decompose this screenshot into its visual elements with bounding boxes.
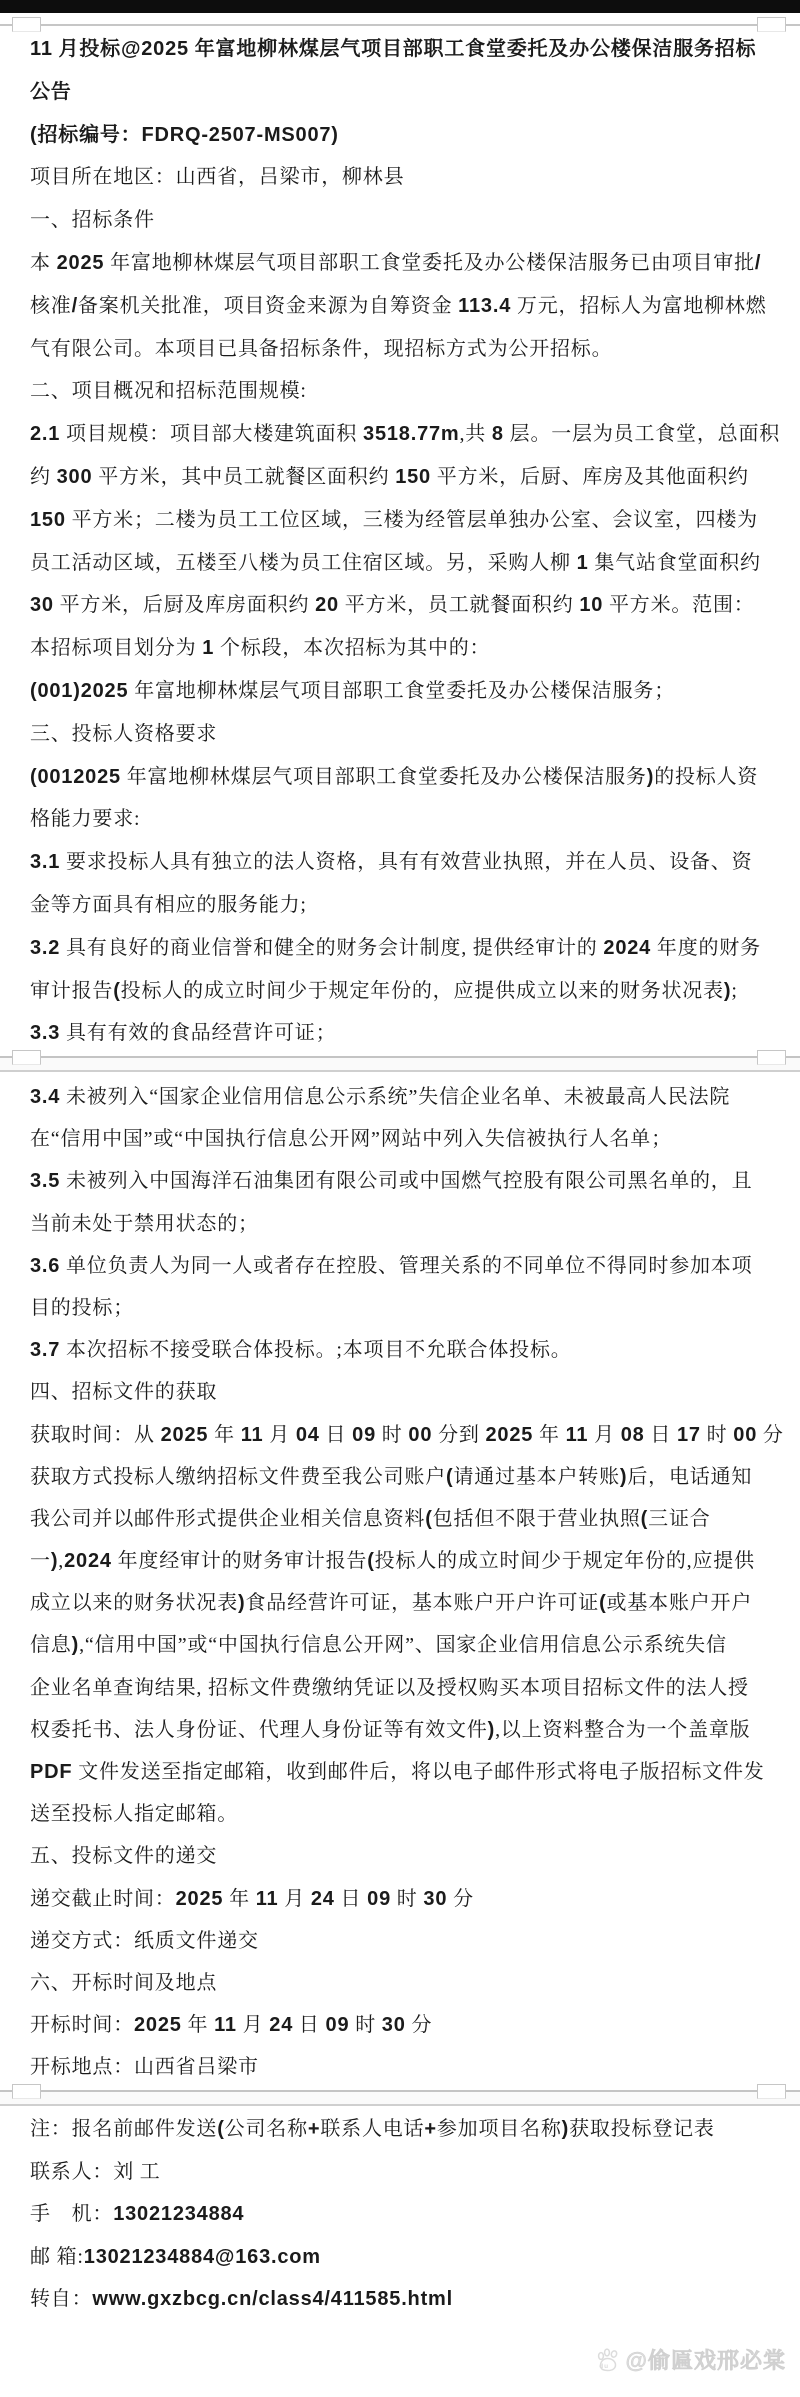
text-line: 3.2 具有良好的商业信誉和健全的财务会计制度, 提供经审计的 2024 年度的… <box>30 927 784 970</box>
text-line: 本招标项目划分为 1 个标段，本次招标为其中的： <box>30 627 784 670</box>
text-line: 审计报告(投标人的成立时间少于规定年份的，应提供成立以来的财务状况表); <box>30 970 784 1013</box>
text-line: 信息),“信用中国”或“中国执行信息公开网”、国家企业信用信息公示系统失信 <box>30 1624 784 1666</box>
page-corner-mark <box>12 2084 41 2099</box>
document-page-3: 注：报名前邮件发送(公司名称+联系人电话+参加项目名称)获取投标登记表联系人：刘… <box>0 2108 800 2321</box>
text-line: 3.5 未被列入中国海洋石油集团有限公司或中国燃气控股有限公司黑名单的，且 <box>30 1160 784 1202</box>
baidu-paw-icon: du <box>595 2347 621 2373</box>
text-line: 开标时间：2025 年 11 月 24 日 09 时 30 分 <box>30 2004 784 2046</box>
page-break <box>0 1056 800 1072</box>
text-line: 3.4 未被列入“国家企业信用信息公示系统”失信企业名单、未被最高人民法院 <box>30 1076 784 1118</box>
text-line: 当前未处于禁用状态的； <box>30 1203 784 1245</box>
text-line: 3.7 本次招标不接受联合体投标。;本项目不允联合体投标。 <box>30 1329 784 1371</box>
text-line: 六、开标时间及地点 <box>30 1962 784 2004</box>
page-top-edge-line <box>0 24 800 26</box>
text-line: 员工活动区域，五楼至八楼为员工住宿区域。另，采购人柳 1 集气站食堂面积约 <box>30 542 784 585</box>
text-line: 约 300 平方米，其中员工就餐区面积约 150 平方米，后厨、库房及其他面积约 <box>30 456 784 499</box>
text-line: 格能力要求: <box>30 798 784 841</box>
text-line: 项目所在地区：山西省，吕梁市，柳林县 <box>30 156 784 199</box>
text-line: 一、招标条件 <box>30 199 784 242</box>
document-page-1: 11 月投标@2025 年富地柳林煤层气项目部职工食堂委托及办公楼保洁服务招标公… <box>0 28 800 1055</box>
text-line: 一),2024 年度经审计的财务审计报告(投标人的成立时间少于规定年份的,应提供 <box>30 1540 784 1582</box>
text-line: PDF 文件发送至指定邮箱，收到邮件后，将以电子邮件形式将电子版招标文件发 <box>30 1751 784 1793</box>
text-line: 注：报名前邮件发送(公司名称+联系人电话+参加项目名称)获取投标登记表 <box>30 2108 784 2151</box>
text-line: 30 平方米，后厨及库房面积约 20 平方米，员工就餐面积约 10 平方米。范围… <box>30 584 784 627</box>
text-line: 五、投标文件的递交 <box>30 1835 784 1877</box>
text-line: (001)2025 年富地柳林煤层气项目部职工食堂委托及办公楼保洁服务； <box>30 670 784 713</box>
text-line: 3.6 单位负责人为同一人或者存在控股、管理关系的不同单位不得同时参加本项 <box>30 1245 784 1287</box>
page-corner-mark <box>757 2084 786 2099</box>
text-line: 转自：www.gxzbcg.cn/class4/411585.html <box>30 2278 784 2321</box>
text-line: 公告 <box>30 71 784 114</box>
text-line: 二、项目概况和招标范围规模: <box>30 370 784 413</box>
text-line: 150 平方米；二楼为员工工位区域，三楼为经管层单独办公室、会议室，四楼为 <box>30 499 784 542</box>
watermark-text: @偷匾戏邢必棠 <box>626 2344 786 2375</box>
text-line: 联系人：刘 工 <box>30 2151 784 2194</box>
text-line: 在“信用中国”或“中国执行信息公开网”网站中列入失信被执行人名单； <box>30 1118 784 1160</box>
watermark: du @偷匾戏邢必棠 <box>595 2344 786 2375</box>
text-line: 本 2025 年富地柳林煤层气项目部职工食堂委托及办公楼保洁服务已由项目审批/ <box>30 242 784 285</box>
page-corner-mark <box>757 1050 786 1065</box>
text-line: 核准/备案机关批准，项目资金来源为自筹资金 113.4 万元，招标人为富地柳林燃 <box>30 285 784 328</box>
text-line: (招标编号：FDRQ-2507-MS007) <box>30 114 784 157</box>
text-line: (0012025 年富地柳林煤层气项目部职工食堂委托及办公楼保洁服务)的投标人资 <box>30 756 784 799</box>
text-line: 四、招标文件的获取 <box>30 1371 784 1413</box>
screen-top-bar <box>0 0 800 13</box>
text-line: 11 月投标@2025 年富地柳林煤层气项目部职工食堂委托及办公楼保洁服务招标 <box>30 28 784 71</box>
text-line: 企业名单查询结果, 招标文件费缴纳凭证以及授权购买本项目招标文件的法人授 <box>30 1667 784 1709</box>
text-line: 2.1 项目规模：项目部大楼建筑面积 3518.77m,共 8 层。一层为员工食… <box>30 413 784 456</box>
text-line: 获取方式投标人缴纳招标文件费至我公司账户(请通过基本户转账)后，电话通知 <box>30 1456 784 1498</box>
text-line: 我公司并以邮件形式提供企业相关信息资料(包括但不限于营业执照(三证合 <box>30 1498 784 1540</box>
text-line: 获取时间：从 2025 年 11 月 04 日 09 时 00 分到 2025 … <box>30 1414 784 1456</box>
text-line: 送至投标人指定邮箱。 <box>30 1793 784 1835</box>
text-line: 递交方式：纸质文件递交 <box>30 1920 784 1962</box>
text-line: 邮 箱:13021234884@163.com <box>30 2236 784 2279</box>
text-line: 3.3 具有有效的食品经营许可证； <box>30 1012 784 1055</box>
document-page-2: 3.4 未被列入“国家企业信用信息公示系统”失信企业名单、未被最高人民法院在“信… <box>0 1076 800 2089</box>
page-break <box>0 2090 800 2106</box>
text-line: 气有限公司。本项目已具备招标条件，现招标方式为公开招标。 <box>30 328 784 371</box>
text-line: 开标地点：山西省吕梁市 <box>30 2046 784 2088</box>
baidu-logo-text: du <box>599 2363 609 2370</box>
text-line: 金等方面具有相应的服务能力; <box>30 884 784 927</box>
text-line: 手 机：13021234884 <box>30 2193 784 2236</box>
text-line: 权委托书、法人身份证、代理人身份证等有效文件),以上资料整合为一个盖章版 <box>30 1709 784 1751</box>
text-line: 三、投标人资格要求 <box>30 713 784 756</box>
text-line: 3.1 要求投标人具有独立的法人资格，具有有效营业执照，并在人员、设备、资 <box>30 841 784 884</box>
page-corner-mark <box>12 1050 41 1065</box>
text-line: 目的投标； <box>30 1287 784 1329</box>
text-line: 成立以来的财务状况表)食品经营许可证，基本账户开户许可证(或基本账户开户 <box>30 1582 784 1624</box>
text-line: 递交截止时间：2025 年 11 月 24 日 09 时 30 分 <box>30 1878 784 1920</box>
